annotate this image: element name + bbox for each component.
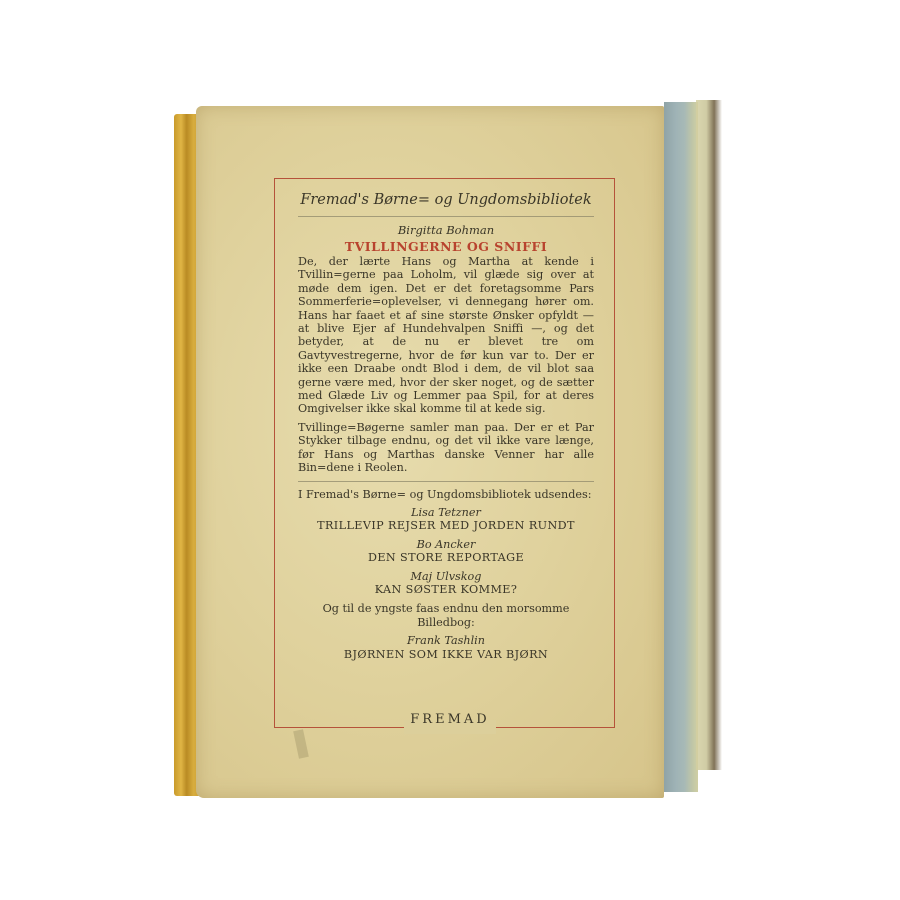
publisher-name: FREMAD — [400, 712, 500, 727]
picture-book: Frank Tashlin BJØRNEN SOM IKKE VAR BJØRN — [298, 634, 594, 661]
upcoming-intro: I Fremad's Børne= og Ungdomsbibliotek ud… — [298, 488, 594, 501]
upcoming-book: Bo Ancker DEN STORE REPORTAGE — [298, 538, 594, 565]
series-title: Fremad's Børne= og Ungdomsbibliotek — [298, 190, 594, 210]
book-title: BJØRNEN SOM IKKE VAR BJØRN — [298, 648, 594, 661]
upcoming-book: Lisa Tetzner TRILLEVIP REJSER MED JORDEN… — [298, 506, 594, 533]
book-author: Frank Tashlin — [298, 634, 594, 647]
spine-cloth — [664, 102, 698, 792]
book-author: Maj Ulvskog — [298, 570, 594, 583]
book-title: KAN SØSTER KOMME? — [298, 583, 594, 596]
upcoming-book: Maj Ulvskog KAN SØSTER KOMME? — [298, 570, 594, 597]
featured-title: TVILLINGERNE OG SNIFFI — [298, 238, 594, 255]
divider — [298, 216, 594, 217]
book-title: TRILLEVIP REJSER MED JORDEN RUNDT — [298, 519, 594, 532]
featured-author: Birgitta Bohman — [298, 223, 594, 238]
blurb-content: Fremad's Børne= og Ungdomsbibliotek Birg… — [298, 186, 594, 661]
blurb-paragraph: Tvillinge=Bøgerne samler man paa. Der er… — [298, 421, 594, 475]
divider — [298, 481, 594, 482]
spine-wear — [696, 100, 722, 770]
book-title: DEN STORE REPORTAGE — [298, 551, 594, 564]
book-author: Lisa Tetzner — [298, 506, 594, 519]
book-author: Bo Ancker — [298, 538, 594, 551]
picture-book-intro: Og til de yngste faas endnu den morsomme… — [298, 602, 594, 629]
blurb-paragraph: De, der lærte Hans og Martha at kende i … — [298, 255, 594, 416]
